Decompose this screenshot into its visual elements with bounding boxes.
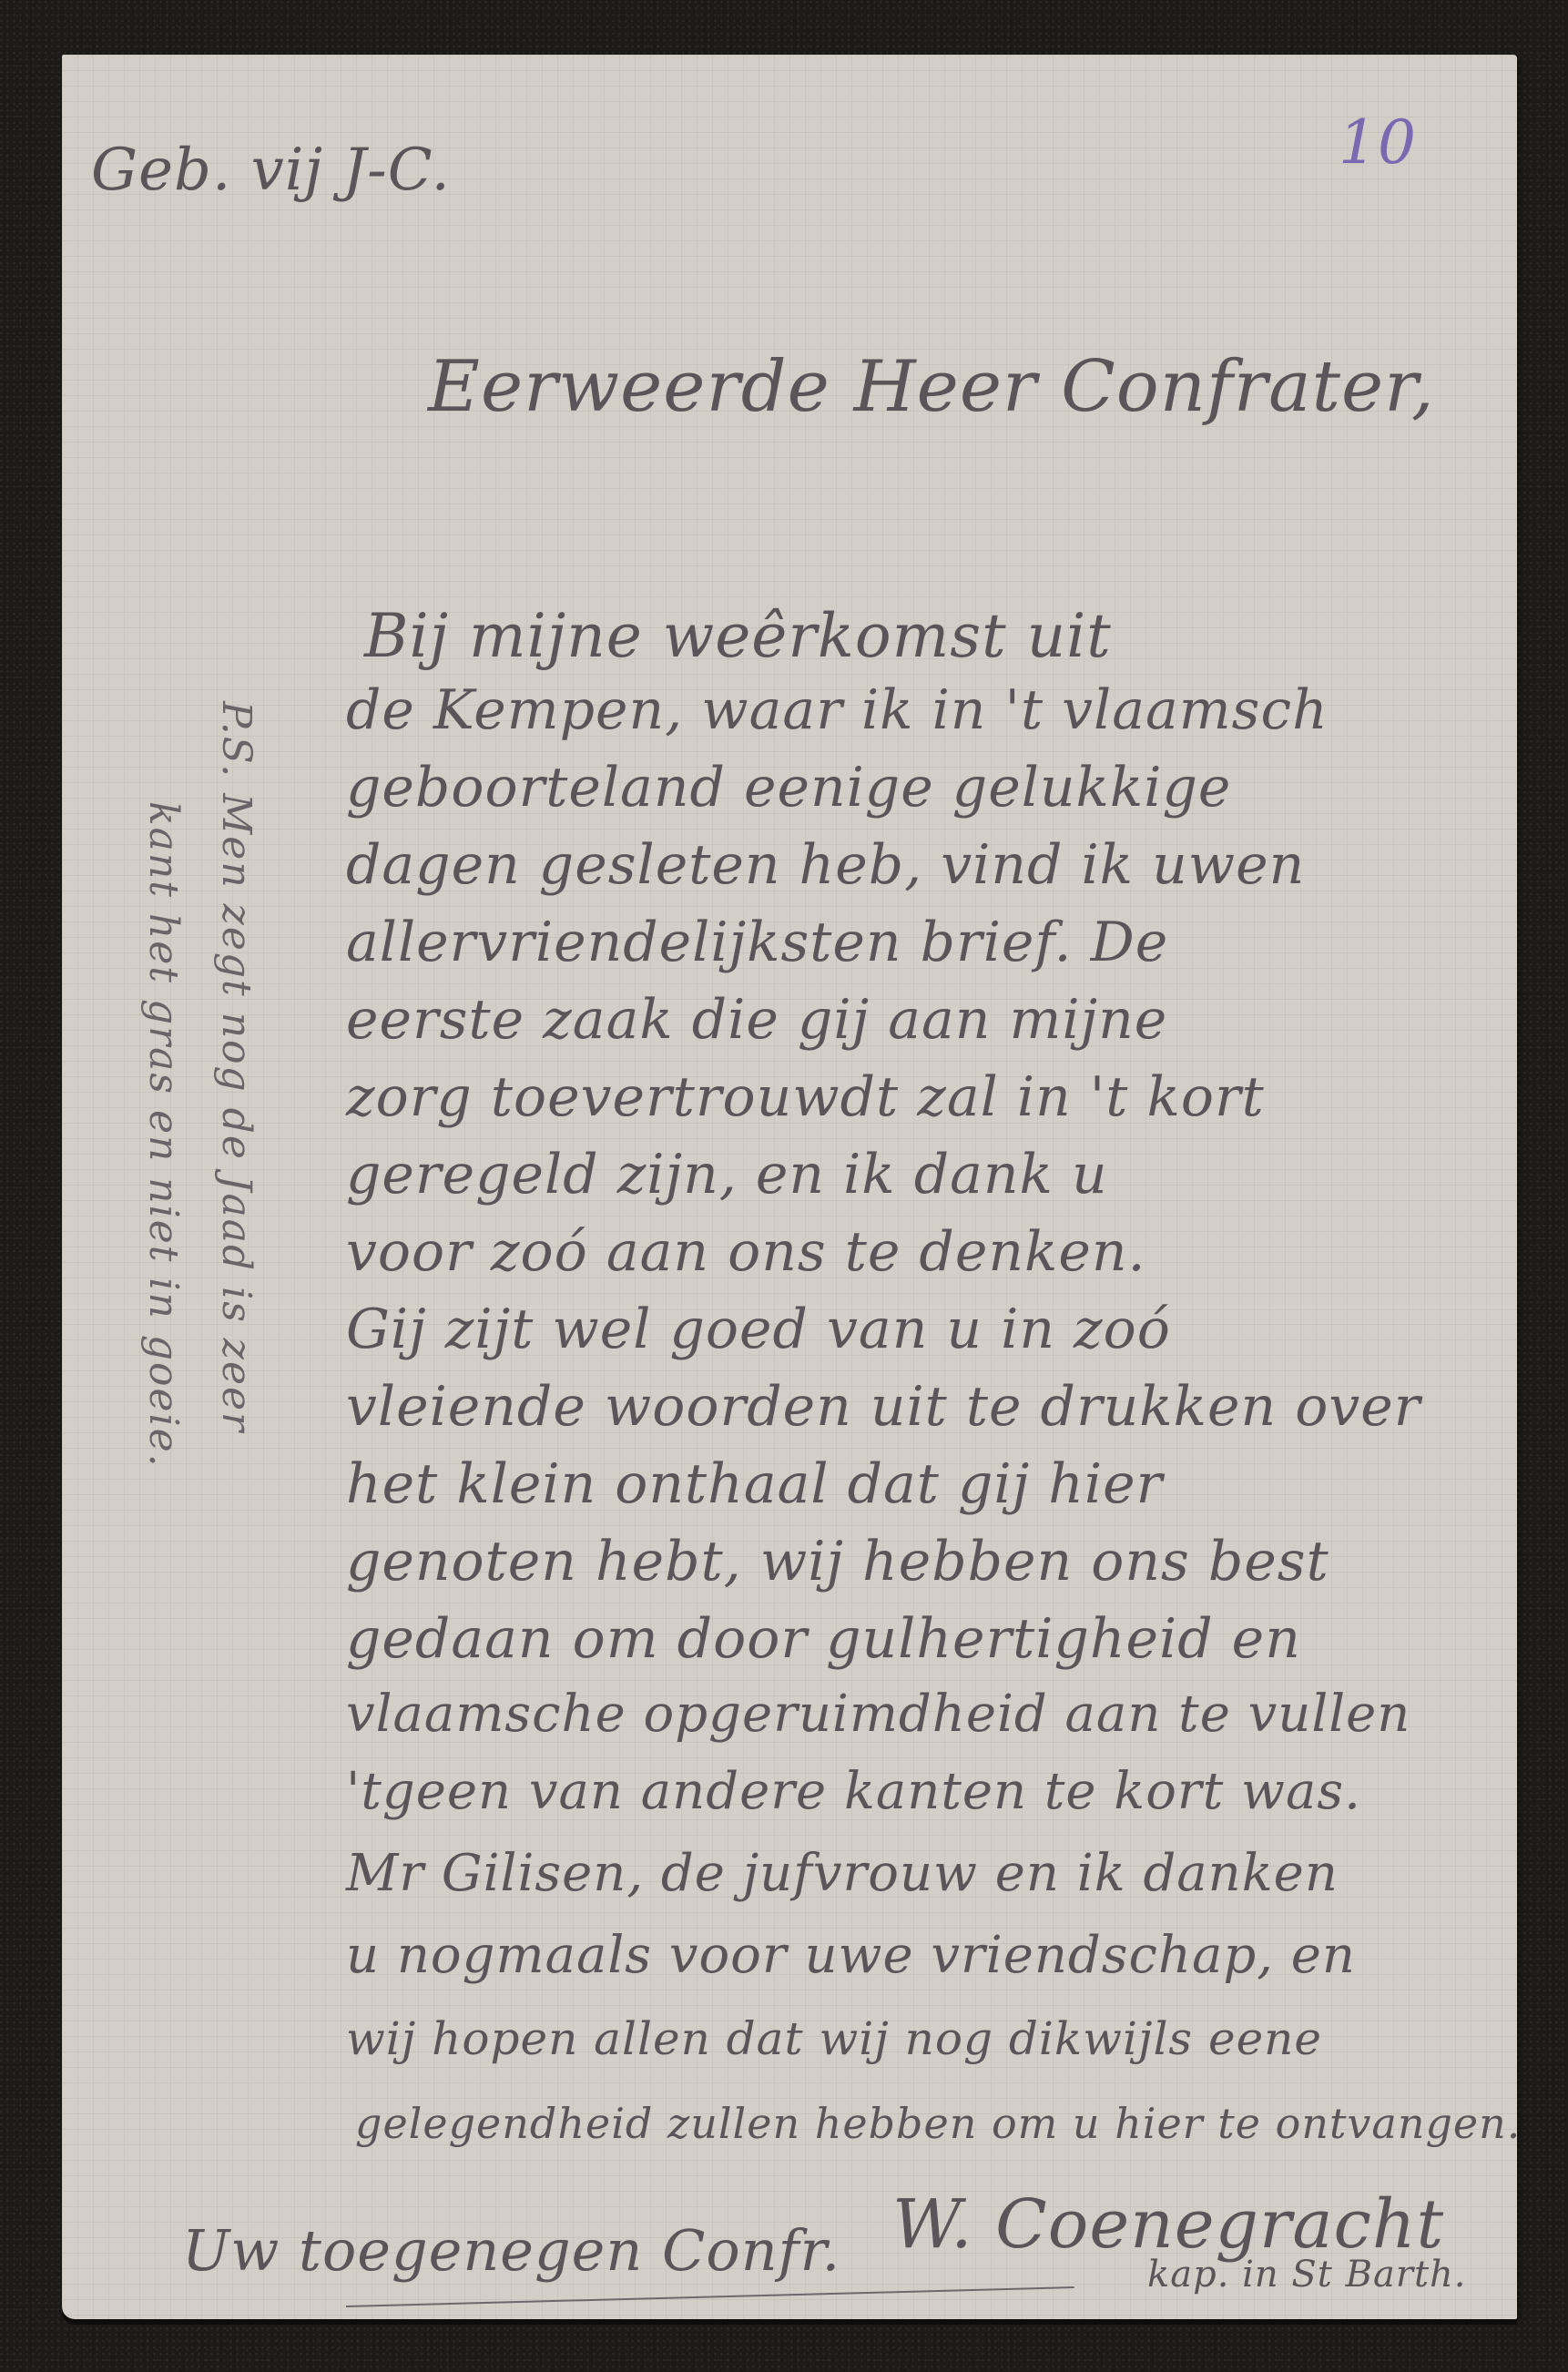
body-line: gedaan om door gulhertigheid en [346,1607,1301,1671]
body-line: eerste zaak die gij aan mijne [346,988,1167,1052]
body-line: voor zoó aan ons te denken. [346,1220,1146,1284]
body-line: 'tgeen van andere kanten te kort was. [346,1762,1361,1821]
body-line: allervriendelijksten brief. De [346,911,1168,974]
signature: W. Coenegracht [892,2185,1444,2264]
body-line: wij hopen allen dat wij nog dikwijls een… [346,2012,1322,2065]
postscript-line: kant het gras en niet in goeie. [140,801,187,1469]
signature-title: kap. in St Barth. [1147,2254,1467,2296]
body-line: de Kempen, waar ik in 't vlaamsch [346,678,1329,742]
body-line: u nogmaals voor uwe vriendschap, en [346,1926,1356,1985]
body-line: dagen gesleten heb, vind ik uwen [346,833,1305,897]
body-line: genoten hebt, wij hebben ons best [346,1530,1329,1593]
body-line: geboorteland eenige gelukkige [346,756,1231,820]
salutation: Eerweerde Heer Confrater, [428,346,1435,428]
body-line: vlaamsche opgeruimdheid aan te vullen [346,1685,1410,1744]
body-line: geregeld zijn, en ik dank u [346,1143,1108,1206]
folio-number: 10 [1339,107,1417,178]
body-line: Bij mijne weêrkomst uit [364,601,1112,671]
closing-phrase: Uw toegenegen Confr. [182,2217,840,2284]
reference-note: Geb. vij J-C. [91,137,451,204]
body-line: gelegendheid zullen hebben om u hier te … [355,2099,1521,2148]
body-line: Gij zijt wel goed van u in zoó [346,1298,1171,1361]
body-line: Mr Gilisen, de jufvrouw en ik danken [346,1844,1339,1903]
postscript-line: P.S. Men zegt nog de Jaad is zeer [213,701,260,1433]
body-line: het klein onthaal dat gij hier [346,1452,1163,1516]
body-line: vleiende woorden uit te drukken over [346,1375,1420,1439]
body-line: zorg toevertrouwdt zal in 't kort [346,1065,1265,1129]
